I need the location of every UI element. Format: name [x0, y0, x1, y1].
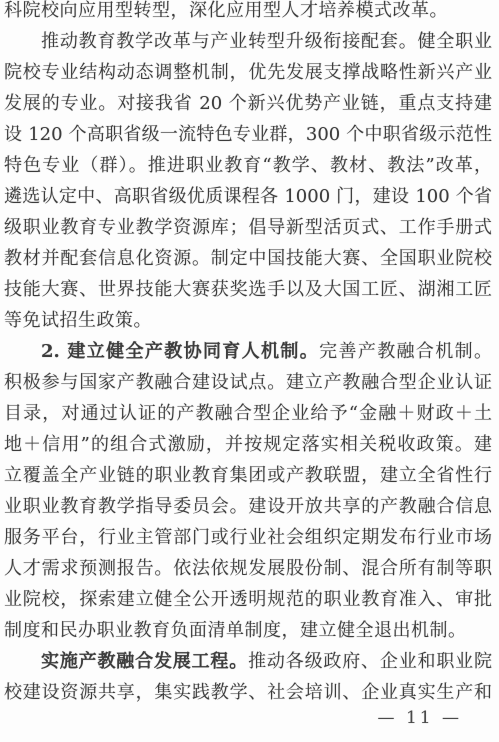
text-line: 教材并配套信息化资源。制定中国技能大赛、全国职业院校 [4, 243, 492, 274]
text-line: 级职业教育专业教学资源库；倡导新型活页式、工作手册式 [4, 212, 492, 243]
text-line: 设 120 个高职省级一流特色专业群，300 个中职省级示范性 [4, 119, 492, 150]
text-line: 校建设资源共享，集实践教学、社会培训、企业真实生产和 [4, 677, 492, 708]
text-line: 技能大赛、世界技能大赛获奖选手以及大国工匠、湖湘工匠 [4, 274, 492, 305]
text-line: 人才需求预测报告。依法依规发展股份制、混合所有制等职 [4, 553, 492, 584]
text-line: 遴选认定中、高职省级优质课程各 1000 门，建设 100 个省 [4, 181, 492, 212]
text-line: 服务平台，行业主管部门或行业社会组织定期发布行业市场 [4, 522, 492, 553]
section-heading-text: 实施产教融合发展工程。 [41, 651, 248, 672]
text-line: 立覆盖全产业链的职业教育集团或产教联盟，建立全省性行 [4, 460, 492, 491]
document-body: 科院校向应用型转型，深化应用型人才培养模式改革。 推动教育教学改革与产业转型升级… [4, 0, 492, 708]
text-line: 业职业教育教学指导委员会。建设开放共享的产教融合信息 [4, 491, 492, 522]
text-line: 发展的专业。对接我省 20 个新兴优势产业链，重点支持建 [4, 88, 492, 119]
text-line: 制度和民办职业教育负面清单制度，建立健全退出机制。 [4, 615, 492, 646]
text-line-section-heading: 2. 建立健全产教协同育人机制。完善产教融合机制。 [4, 336, 492, 367]
text-line: 推动教育教学改革与产业转型升级衔接配套。健全职业 [4, 26, 492, 57]
text-line: 业院校，探索建立健全公开透明规范的职业教育准入、审批 [4, 584, 492, 615]
text-line: 目录，对通过认证的产教融合型企业给予“金融＋财政＋土 [4, 398, 492, 429]
page-number: — 11 — [378, 706, 462, 730]
text-line: 院校专业结构动态调整机制，优先发展支撑战略性新兴产业 [4, 57, 492, 88]
text-line: 科院校向应用型转型，深化应用型人才培养模式改革。 [4, 0, 492, 26]
text-line: 积极参与国家产教融合建设试点。建立产教融合型企业认证 [4, 367, 492, 398]
text-line: 特色专业（群）。推进职业教育“教学、教材、教法”改革， [4, 150, 492, 181]
document-page: 科院校向应用型转型，深化应用型人才培养模式改革。 推动教育教学改革与产业转型升级… [0, 0, 499, 742]
text-line-section-heading: 实施产教融合发展工程。推动各级政府、企业和职业院 [4, 646, 492, 677]
section-heading-text: 2. 建立健全产教协同育人机制。 [41, 341, 319, 362]
text-line: 地＋信用”的组合式激励，并按规定落实相关税收政策。建 [4, 429, 492, 460]
text-line: 等免试招生政策。 [4, 305, 492, 336]
